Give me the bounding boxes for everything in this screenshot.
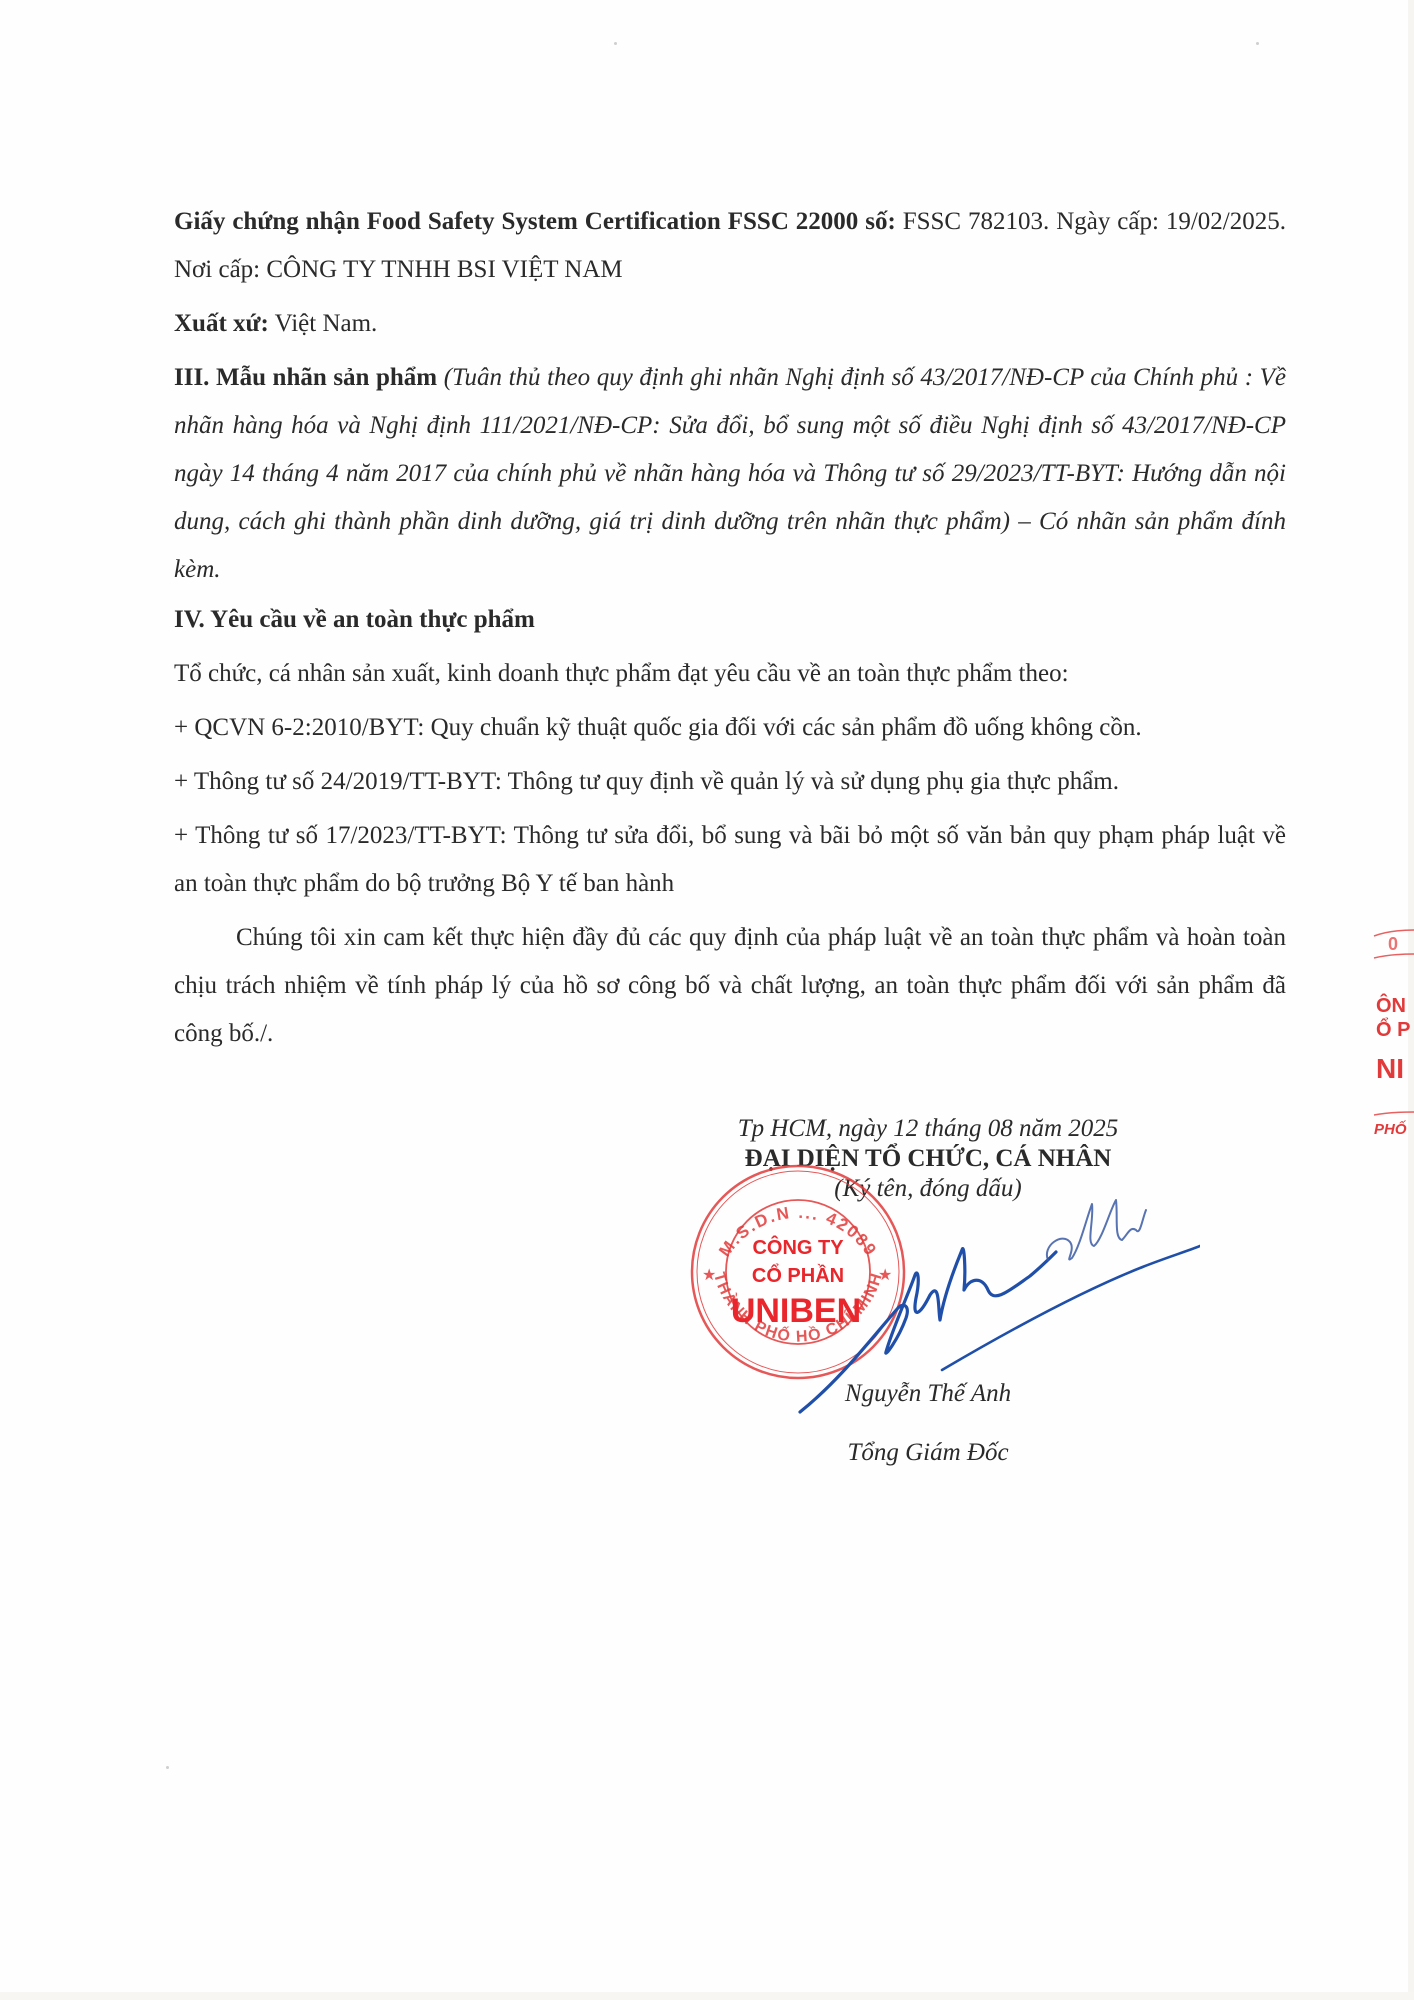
edge-stamp-fragment: 0 — [1388, 934, 1398, 954]
certificate-label: Giấy chứng nhận Food Safety System Certi… — [174, 208, 896, 235]
stamp-line-2: CỔ PHẦN — [752, 1263, 844, 1287]
scan-edge-bottom — [0, 1992, 1414, 2000]
document-body: Giấy chứng nhận Food Safety System Certi… — [174, 198, 1286, 1058]
scan-edge-right — [1408, 0, 1414, 2000]
section-3-text: (Tuân thủ theo quy định ghi nhãn Nghị đị… — [174, 364, 1286, 583]
stamp-star-icon: ★ — [878, 1267, 892, 1284]
regulation-item: + Thông tư số 24/2019/TT-BYT: Thông tư q… — [174, 758, 1286, 806]
origin-paragraph: Xuất xứ: Việt Nam. — [174, 300, 1286, 348]
edge-stamp-fragment: Ổ P — [1376, 1017, 1410, 1041]
origin-value: Việt Nam. — [269, 310, 377, 337]
regulation-item: + QCVN 6-2:2010/BYT: Quy chuẩn kỹ thuật … — [174, 704, 1286, 752]
signature-block: Tp HCM, ngày 12 tháng 08 năm 2025 ĐẠI DI… — [668, 1114, 1188, 1204]
scan-speck — [1256, 42, 1259, 45]
edge-stamp-fragment: ÔN — [1376, 993, 1406, 1017]
section-3-paragraph: III. Mẫu nhãn sản phẩm (Tuân thủ theo qu… — [174, 354, 1286, 594]
stamp-line-3: UNIBEN — [731, 1292, 861, 1330]
stamp-ring-top-text: M.S.D.N ... 42089 — [715, 1203, 881, 1260]
stamp-line-1: CÔNG TY — [752, 1235, 844, 1259]
section-3-heading: III. Mẫu nhãn sản phẩm — [174, 364, 437, 391]
stamp-ring-bottom-text: THÀNH PHỐ HỒ CHÍ MINH — [710, 1270, 886, 1345]
signatory-role: Tổng Giám Đốc — [668, 1438, 1188, 1468]
signatory-title: ĐẠI DIỆN TỔ CHỨC, CÁ NHÂN — [668, 1144, 1188, 1174]
section-4-heading: IV. Yêu cầu về an toàn thực phẩm — [174, 596, 1286, 644]
section-4-intro: Tổ chức, cá nhân sản xuất, kinh doanh th… — [174, 650, 1286, 698]
certificate-paragraph: Giấy chứng nhận Food Safety System Certi… — [174, 198, 1286, 294]
regulation-item: + Thông tư số 17/2023/TT-BYT: Thông tư s… — [174, 812, 1286, 908]
scan-speck — [614, 42, 617, 45]
scan-speck — [166, 1766, 169, 1769]
signatory-name: Nguyễn Thế Anh — [668, 1379, 1188, 1409]
place-date: Tp HCM, ngày 12 tháng 08 năm 2025 — [668, 1114, 1188, 1144]
commitment-paragraph: Chúng tôi xin cam kết thực hiện đầy đủ c… — [174, 914, 1286, 1058]
origin-label: Xuất xứ: — [174, 310, 269, 337]
edge-stamp-fragment: PHỐ — [1374, 1120, 1407, 1138]
sign-seal-note: (Ký tên, đóng dấu) — [668, 1174, 1188, 1204]
edge-stamp-fragment: NI — [1376, 1053, 1404, 1084]
stamp-star-icon: ★ — [702, 1267, 716, 1284]
